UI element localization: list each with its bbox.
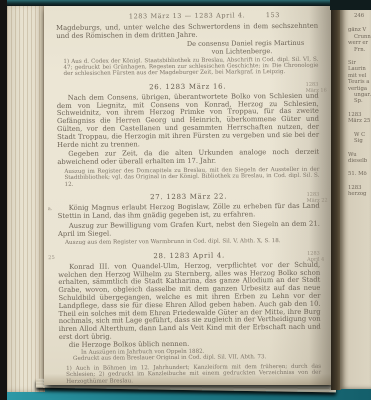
- facing-page-number: 246: [354, 13, 371, 19]
- entry-28-body: Konrad III. von Quandel-Ulm, Herzog, ver…: [58, 262, 321, 342]
- regest-entry-28: 28. 1283 April 4. 1283 April 4 25 Konrad…: [58, 251, 321, 363]
- entry-26-body: Nach dem Consens, übrigen, überantwortet…: [57, 93, 319, 150]
- entry-26-heading: 26. 1283 März 16.: [57, 82, 319, 92]
- text-fragment: März 25: [348, 118, 371, 124]
- text-fragment: werr er: [348, 40, 371, 46]
- entry-27-margin-date: 1283 März 22: [307, 193, 331, 205]
- text-fragment: dieselb: [348, 158, 371, 164]
- entry-28-margin-mark: 25: [48, 255, 55, 261]
- left-book-page: 1283 März 13 — 1283 April 4. 153 Magdebu…: [44, 6, 332, 385]
- facing-page-text-fragments: 246 gänz V Crunna, werr er Frn. Sir Laur…: [340, 5, 371, 198]
- background-top-right-shadow: [330, 0, 371, 10]
- page-number: 153: [266, 11, 280, 19]
- page-stack-fore-edge: [7, 4, 45, 392]
- text-fragment: herzog: [348, 191, 371, 197]
- text-fragment: Sig: [354, 138, 371, 144]
- entry-27-body: König Magnus erlaubt Herzog Bogislaw, Zö…: [58, 203, 320, 221]
- entry-28-margin-date: 1283 April 4: [307, 251, 331, 263]
- regest-entry-26: 26. 1283 März 16. 1283 März 16 Nach dem …: [57, 82, 320, 189]
- background-top-band: [0, 0, 371, 6]
- continuation-footnote: 1) Aus d. Codex der Königl. Staatsbiblio…: [63, 56, 318, 77]
- attribution-line-2: von Lichtenberge.: [56, 46, 318, 56]
- page-content: 1283 März 13 — 1283 April 4. 153 Magdebu…: [56, 11, 321, 385]
- entry-27-footnote: Auszug aus dem Register von Warmbrunn in…: [65, 238, 320, 247]
- entry-27-heading: 27. 1283 März 22.: [58, 192, 320, 202]
- entry-27-dating: Auszug zur Bewilligung vom Grafen Kurt, …: [58, 221, 320, 239]
- book-cover-edge: [0, 0, 7, 400]
- text-fragment: Frn.: [354, 47, 371, 53]
- running-header: 1283 März 13 — 1283 April 4. 153: [56, 11, 318, 22]
- text-fragment: Teuris a: [348, 79, 371, 85]
- entry-28-ref-2: Gedruckt aus dem Breslauer Original in C…: [73, 354, 321, 363]
- regest-entry-27: 27. 1283 März 22. 1283 März 22 a. König …: [58, 192, 320, 247]
- text-fragment: Sp.: [354, 98, 371, 104]
- entry-26-dating: Gegeben zur Zeit, da die alten Urkunden …: [57, 149, 319, 167]
- right-book-page-edge: 246 gänz V Crunna, werr er Frn. Sir Laur…: [340, 5, 371, 389]
- book-photo: 1283 März 13 — 1283 April 4. 153 Magdebu…: [0, 0, 371, 400]
- bottom-footnote: 1) Auch in Böhmen im 12. Jahrhundert; Ka…: [66, 363, 321, 384]
- header-date-range: 1283 März 13 — 1283 April 4.: [129, 11, 246, 20]
- entry-28-heading: 28. 1283 April 4.: [58, 251, 320, 261]
- entry-26-footnote: Auszug im Register des Domcapitels zu Br…: [64, 167, 319, 188]
- entry-26-margin-date: 1283 März 16: [306, 82, 330, 94]
- entry-27-margin-mark: a.: [48, 206, 53, 212]
- text-fragment: 51. Mö: [348, 171, 371, 177]
